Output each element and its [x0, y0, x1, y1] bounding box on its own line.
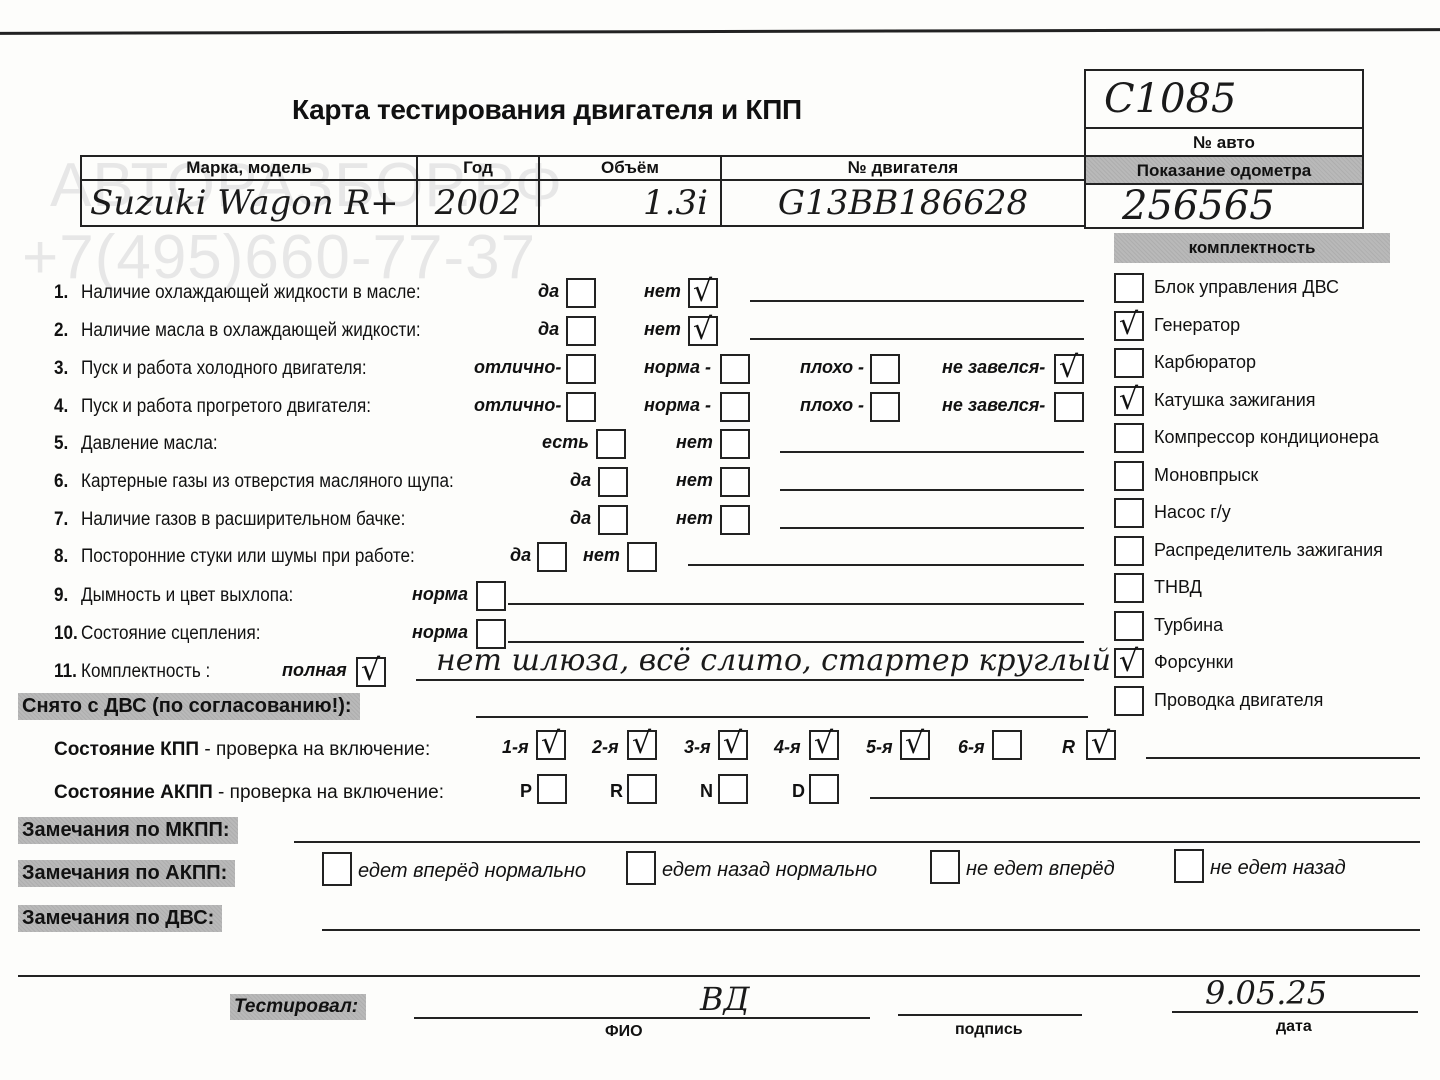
option-label: норма -: [644, 395, 711, 416]
komplektnost-item: Генератор: [1154, 315, 1240, 336]
fio-value[interactable]: ВД: [700, 980, 750, 1018]
akpp-remark-label: едет вперёд нормально: [358, 860, 586, 883]
notes-line[interactable]: [780, 489, 1084, 491]
row-number: 3.: [54, 358, 81, 380]
komplektnost-checkbox[interactable]: [1114, 686, 1144, 716]
row-label: Дымность и цвет выхлопа:: [81, 585, 293, 606]
date-caption: дата: [1276, 1018, 1312, 1036]
checkbox[interactable]: [688, 316, 718, 346]
odometer-label: Показание одометра: [1086, 157, 1362, 185]
komplektnost-checkbox[interactable]: [1114, 461, 1144, 491]
col-year: Год: [417, 156, 539, 180]
komplektnost-checkbox[interactable]: [1114, 386, 1144, 416]
remarks-akpp-label: Замечания по АКПП:: [18, 860, 235, 887]
gear-checkbox[interactable]: [809, 730, 839, 760]
option-label: есть: [542, 432, 589, 453]
completeness-note[interactable]: нет шлюза, всё слито, стартер круглый: [436, 643, 1111, 678]
row-number: 10.: [54, 623, 81, 645]
option-label: отлично-: [474, 395, 561, 416]
akpp-remark-checkbox[interactable]: [930, 850, 960, 884]
komplektnost-checkbox[interactable]: [1114, 423, 1144, 453]
akpp-position-checkbox[interactable]: [627, 774, 657, 804]
komplektnost-checkbox[interactable]: [1114, 536, 1144, 566]
kpp-label: Состояние КПП - проверка на включение:: [54, 739, 430, 761]
komplektnost-item: Катушка зажигания: [1154, 390, 1316, 411]
signature-caption: подпись: [955, 1021, 1023, 1039]
komplektnost-item: ТНВД: [1154, 577, 1202, 598]
row-number: 6.: [54, 471, 81, 493]
removed-from-engine-label: Снято с ДВС (по согласованию!):: [18, 693, 360, 720]
gear-checkbox[interactable]: [536, 730, 566, 760]
checklist-row: 5.Давление масла:: [54, 433, 218, 455]
option-label: плохо -: [800, 395, 864, 416]
checkbox[interactable]: [537, 542, 567, 572]
gear-checkbox[interactable]: [627, 730, 657, 760]
option-label: не завелся-: [942, 357, 1045, 378]
row-number: 1.: [54, 282, 81, 304]
option-label: нет: [676, 470, 713, 491]
gear-label: 1-я: [502, 737, 529, 758]
remarks-dvs-line[interactable]: [322, 929, 1420, 931]
vehicle-box: C1085 № авто Показание одометра 256565: [1084, 69, 1364, 229]
year-value[interactable]: 2002: [417, 180, 539, 226]
option-label: не завелся-: [942, 395, 1045, 416]
date-value[interactable]: 9.05.25: [1205, 974, 1327, 1012]
option-label: полная: [282, 660, 347, 681]
komplektnost-checkbox[interactable]: [1114, 273, 1144, 303]
akpp-position-label: D: [792, 781, 805, 802]
option-label: нет: [676, 432, 713, 453]
komplektnost-item: Насос г/у: [1154, 502, 1231, 523]
checkbox[interactable]: [720, 392, 750, 422]
akpp-remark-label: едет назад нормально: [662, 859, 877, 882]
checkbox[interactable]: [596, 429, 626, 459]
notes-line[interactable]: [780, 451, 1084, 453]
akpp-remark-label: не едет назад: [1210, 857, 1346, 880]
akpp-remark-checkbox[interactable]: [626, 851, 656, 885]
checklist-row: 10.Состояние сцепления:: [54, 623, 260, 645]
row-number: 9.: [54, 585, 81, 607]
row-number: 8.: [54, 546, 81, 568]
notes-line[interactable]: [750, 338, 1084, 340]
checkbox[interactable]: [870, 392, 900, 422]
checkbox[interactable]: [720, 467, 750, 497]
akpp-remark-checkbox[interactable]: [322, 852, 352, 886]
checkbox[interactable]: [566, 392, 596, 422]
option-label: да: [570, 508, 591, 529]
checkbox[interactable]: [566, 354, 596, 384]
row-label: Пуск и работа холодного двигателя:: [81, 358, 367, 379]
option-label: да: [510, 545, 531, 566]
checkbox[interactable]: [356, 657, 386, 687]
komplektnost-checkbox[interactable]: [1114, 311, 1144, 341]
akpp-position-label: P: [520, 781, 532, 802]
removed-from-engine-line[interactable]: [476, 716, 1088, 718]
gear-label: 3-я: [684, 737, 711, 758]
checklist-row: 3.Пуск и работа холодного двигателя:: [54, 358, 367, 380]
gear-label: 2-я: [592, 737, 619, 758]
row-label: Давление масла:: [81, 433, 218, 454]
checklist-row: 6.Картерные газы из отверстия масляного …: [54, 471, 454, 493]
engine-no-value[interactable]: G13BB186628: [721, 180, 1085, 226]
checklist-row: 11.Комплектность :: [54, 661, 210, 683]
option-label: нет: [644, 319, 681, 340]
checkbox[interactable]: [598, 505, 628, 535]
checkbox[interactable]: [566, 316, 596, 346]
checklist-row: 4.Пуск и работа прогретого двигателя:: [54, 396, 371, 418]
komplektnost-checkbox[interactable]: [1114, 348, 1144, 378]
komplektnost-checkbox[interactable]: [1114, 573, 1144, 603]
checkbox[interactable]: [566, 278, 596, 308]
notes-line[interactable]: [750, 300, 1084, 302]
remarks-dvs-label: Замечания по ДВС:: [18, 905, 222, 932]
komplektnost-item: Карбюратор: [1154, 352, 1256, 373]
vehicle-number-label: № авто: [1086, 129, 1362, 157]
gear-checkbox[interactable]: [718, 730, 748, 760]
checkbox[interactable]: [870, 354, 900, 384]
row-number: 5.: [54, 433, 81, 455]
checkbox[interactable]: [688, 278, 718, 308]
akpp-position-checkbox[interactable]: [809, 774, 839, 804]
komplektnost-title: комплектность: [1114, 233, 1390, 263]
komplektnost-checkbox[interactable]: [1114, 498, 1144, 528]
option-label: да: [538, 281, 559, 302]
komplektnost-item: Компрессор кондиционера: [1154, 427, 1379, 448]
row-label: Наличие газов в расширительном бачке:: [81, 509, 405, 530]
page-title: Карта тестирования двигателя и КПП: [292, 94, 802, 126]
date-line[interactable]: [1172, 1011, 1418, 1013]
akpp-position-checkbox[interactable]: [537, 774, 567, 804]
akpp-position-label: R: [610, 781, 623, 802]
gear-checkbox[interactable]: [900, 730, 930, 760]
option-label: нет: [583, 545, 620, 566]
signature-line[interactable]: [898, 1014, 1082, 1016]
checklist-row: 9.Дымность и цвет выхлопа:: [54, 585, 293, 607]
volume-value[interactable]: 1.3i: [539, 180, 721, 226]
row-label: Пуск и работа прогретого двигателя:: [81, 396, 371, 417]
col-engine-no: № двигателя: [721, 156, 1085, 180]
akpp-notes-line[interactable]: [870, 797, 1420, 799]
option-label: да: [570, 470, 591, 491]
option-label: норма: [412, 622, 468, 643]
vehicle-number-value[interactable]: C1085: [1086, 71, 1362, 129]
option-label: нет: [644, 281, 681, 302]
option-label: норма -: [644, 357, 711, 378]
checkbox[interactable]: [720, 354, 750, 384]
row-label: Посторонние стуки или шумы при работе:: [81, 546, 415, 567]
komplektnost-item: Проводка двигателя: [1154, 690, 1323, 711]
akpp-remark-checkbox[interactable]: [1174, 849, 1204, 883]
komplektnost-item: Моновпрыск: [1154, 465, 1258, 486]
option-label: нет: [676, 508, 713, 529]
komplektnost-item: Распределитель зажигания: [1154, 540, 1383, 561]
akpp-label: Состояние АКПП - проверка на включение:: [54, 782, 444, 804]
scan-edge-line: [0, 28, 1440, 35]
row-number: 4.: [54, 396, 81, 418]
remarks-mkpp-label: Замечания по МКПП:: [18, 817, 238, 844]
odometer-value[interactable]: 256565: [1086, 185, 1362, 227]
option-label: отлично-: [474, 357, 561, 378]
checklist-row: 1.Наличие охлаждающей жидкости в масле:: [54, 282, 421, 304]
col-make-model: Марка, модель: [81, 156, 417, 180]
checkbox[interactable]: [598, 467, 628, 497]
gear-label: 5-я: [866, 737, 893, 758]
tested-by-label: Тестировал:: [230, 994, 366, 1020]
akpp-position-label: N: [700, 781, 713, 802]
gear-label: R: [1062, 737, 1075, 758]
notes-line[interactable]: [508, 603, 1084, 605]
notes-line[interactable]: [688, 564, 1084, 566]
gear-checkbox[interactable]: [1086, 730, 1116, 760]
checklist-row: 8.Посторонние стуки или шумы при работе:: [54, 546, 415, 568]
gear-checkbox[interactable]: [992, 730, 1022, 760]
checkbox[interactable]: [720, 505, 750, 535]
make-model-value[interactable]: Suzuki Wagon R+: [81, 180, 417, 226]
option-label: плохо -: [800, 357, 864, 378]
notes-line[interactable]: [780, 527, 1084, 529]
vehicle-info-table: Марка, модель Год Объём № двигателя Suzu…: [80, 155, 1086, 227]
row-label: Наличие масла в охлаждающей жидкости:: [81, 320, 421, 341]
row-number: 7.: [54, 509, 81, 531]
checkbox[interactable]: [720, 429, 750, 459]
col-volume: Объём: [539, 156, 721, 180]
komplektnost-item: Турбина: [1154, 615, 1223, 636]
option-label: норма: [412, 584, 468, 605]
akpp-remark-label: не едет вперёд: [966, 858, 1115, 881]
checkbox[interactable]: [627, 542, 657, 572]
komplektnost-checkbox[interactable]: [1114, 648, 1144, 678]
row-label: Состояние сцепления:: [81, 623, 260, 644]
row-label: Наличие охлаждающей жидкости в масле:: [81, 282, 421, 303]
komplektnost-checkbox[interactable]: [1114, 611, 1144, 641]
row-number: 2.: [54, 320, 81, 342]
checkbox[interactable]: [1054, 354, 1084, 384]
komplektnost-item: Форсунки: [1154, 652, 1234, 673]
row-label: Комплектность :: [81, 661, 210, 682]
row-label: Картерные газы из отверстия масляного щу…: [81, 471, 454, 492]
gear-label: 4-я: [774, 737, 801, 758]
fio-caption: ФИО: [605, 1023, 643, 1041]
fio-line[interactable]: [414, 1017, 870, 1019]
checkbox[interactable]: [1054, 392, 1084, 422]
checklist-row: 7.Наличие газов в расширительном бачке:: [54, 509, 405, 531]
checklist-row: 2.Наличие масла в охлаждающей жидкости:: [54, 320, 421, 342]
komplektnost-item: Блок управления ДВС: [1154, 277, 1339, 298]
notes-line[interactable]: [416, 679, 1084, 681]
option-label: да: [538, 319, 559, 340]
checkbox[interactable]: [476, 581, 506, 611]
row-number: 11.: [54, 661, 81, 683]
akpp-position-checkbox[interactable]: [718, 774, 748, 804]
gear-label: 6-я: [958, 737, 985, 758]
kpp-notes-line[interactable]: [1146, 757, 1420, 759]
remarks-mkpp-line[interactable]: [294, 841, 1420, 843]
